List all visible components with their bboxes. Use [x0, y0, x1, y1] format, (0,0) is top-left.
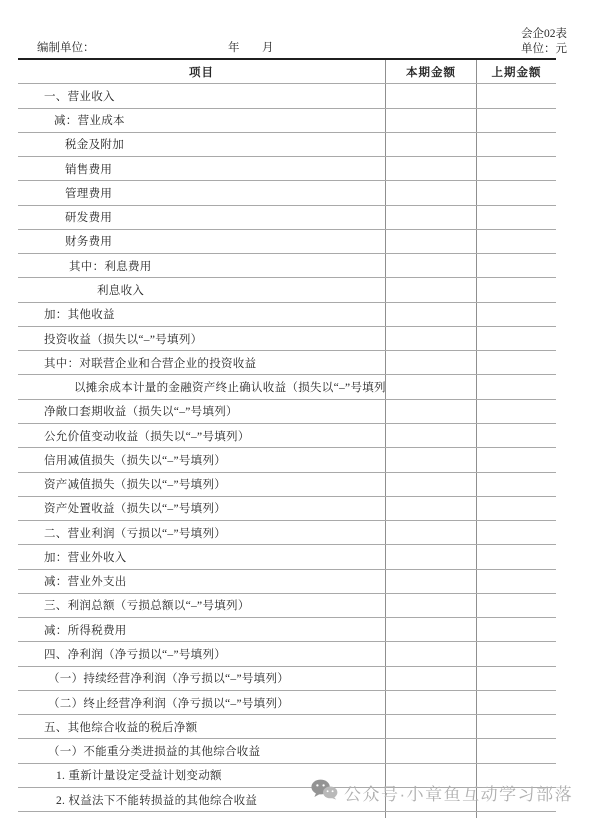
- row-current-amount-cell: [385, 351, 476, 374]
- income-statement-form-page: 会企02表 编制单位： 年 月 单位：元 项目 本期金额 上期金额 一、营业收入…: [0, 0, 589, 818]
- table-row: 资产减值损失（损失以“–”号填列）: [18, 473, 556, 497]
- income-statement-table: 项目 本期金额 上期金额 一、营业收入减：营业成本税金及附加销售费用管理费用研发…: [18, 58, 556, 818]
- row-prior-amount-cell: [476, 715, 556, 738]
- table-row: 销售费用: [18, 157, 556, 181]
- table-row: 其中：利息费用: [18, 254, 556, 278]
- row-prior-amount-cell: [476, 739, 556, 762]
- table-row: 利息收入: [18, 278, 556, 302]
- header-item: 项目: [18, 64, 385, 80]
- table-row: 税金及附加: [18, 133, 556, 157]
- table-row: 1. 重新计量设定受益计划变动额: [18, 764, 556, 788]
- row-current-amount-cell: [385, 206, 476, 229]
- row-item-label: 公允价值变动收益（损失以“–”号填列）: [18, 428, 385, 444]
- row-prior-amount-cell: [476, 448, 556, 471]
- unit-label: 单位：元: [521, 40, 567, 56]
- row-current-amount-cell: [385, 570, 476, 593]
- row-prior-amount-cell: [476, 497, 556, 520]
- row-prior-amount-cell: [476, 618, 556, 641]
- row-item-label: 减：营业外支出: [18, 573, 385, 589]
- row-current-amount-cell: [385, 424, 476, 447]
- row-prior-amount-cell: [476, 351, 556, 374]
- table-row: 投资收益（损失以“–”号填列）: [18, 327, 556, 351]
- table-row: 三、利润总额（亏损总额以“–”号填列）: [18, 594, 556, 618]
- table-row: 公允价值变动收益（损失以“–”号填列）: [18, 424, 556, 448]
- row-current-amount-cell: [385, 788, 476, 811]
- row-prior-amount-cell: [476, 545, 556, 568]
- header-prior-amount: 上期金额: [476, 60, 556, 83]
- header-current-amount: 本期金额: [385, 60, 476, 83]
- row-item-label: 加：营业外收入: [18, 549, 385, 565]
- row-prior-amount-cell: [476, 181, 556, 204]
- row-item-label: 1. 重新计量设定受益计划变动额: [18, 767, 385, 783]
- row-prior-amount-cell: [476, 764, 556, 787]
- row-item-label: 减：所得税费用: [18, 622, 385, 638]
- row-prior-amount-cell: [476, 303, 556, 326]
- row-item-label: 管理费用: [18, 185, 385, 201]
- table-row: 减：营业外支出: [18, 570, 556, 594]
- row-current-amount-cell: [385, 521, 476, 544]
- table-row: 净敞口套期收益（损失以“–”号填列）: [18, 400, 556, 424]
- row-item-label: 利息收入: [18, 282, 385, 298]
- row-current-amount-cell: [385, 545, 476, 568]
- row-item-label: 税金及附加: [18, 136, 385, 152]
- row-item-label: 一、营业收入: [18, 88, 385, 104]
- prepared-by-label: 编制单位：: [37, 39, 95, 55]
- table-row: 以摊余成本计量的金融资产终止确认收益（损失以“–”号填列）: [18, 375, 556, 399]
- row-prior-amount-cell: [476, 84, 556, 107]
- row-current-amount-cell: [385, 642, 476, 665]
- row-item-label: 以摊余成本计量的金融资产终止确认收益（损失以“–”号填列）: [18, 379, 385, 395]
- row-current-amount-cell: [385, 739, 476, 762]
- row-current-amount-cell: [385, 618, 476, 641]
- row-current-amount-cell: [385, 327, 476, 350]
- row-prior-amount-cell: [476, 157, 556, 180]
- table-row: 一、营业收入: [18, 84, 556, 108]
- row-current-amount-cell: [385, 691, 476, 714]
- row-prior-amount-cell: [476, 570, 556, 593]
- table-row: 研发费用: [18, 206, 556, 230]
- table-row: 四、净利润（净亏损以“–”号填列）: [18, 642, 556, 666]
- table-row: （一）持续经营净利润（净亏损以“–”号填列）: [18, 667, 556, 691]
- row-item-label: （一）持续经营净利润（净亏损以“–”号填列）: [18, 670, 385, 686]
- row-prior-amount-cell: [476, 691, 556, 714]
- row-prior-amount-cell: [476, 278, 556, 301]
- row-prior-amount-cell: [476, 254, 556, 277]
- row-item-label: 研发费用: [18, 209, 385, 225]
- row-current-amount-cell: [385, 181, 476, 204]
- table-row: （二）终止经营净利润（净亏损以“–”号填列）: [18, 691, 556, 715]
- table-row: 二、营业利润（亏损以“–”号填列）: [18, 521, 556, 545]
- table-row: 财务费用: [18, 230, 556, 254]
- date-year-label: 年: [228, 39, 240, 55]
- row-current-amount-cell: [385, 667, 476, 690]
- table-row: 管理费用: [18, 181, 556, 205]
- table-row: 五、其他综合收益的税后净额: [18, 715, 556, 739]
- table-row: （一）不能重分类进损益的其他综合收益: [18, 739, 556, 763]
- table-row: 其中：对联营企业和合营企业的投资收益: [18, 351, 556, 375]
- row-item-label: （二）终止经营净利润（净亏损以“–”号填列）: [18, 695, 385, 711]
- table-row: 2. 权益法下不能转损益的其他综合收益: [18, 788, 556, 812]
- row-item-label: 财务费用: [18, 233, 385, 249]
- date-month-label: 月: [262, 39, 274, 55]
- row-prior-amount-cell: [476, 230, 556, 253]
- row-prior-amount-cell: [476, 788, 556, 811]
- row-prior-amount-cell: [476, 206, 556, 229]
- row-item-label: 其中：对联营企业和合营企业的投资收益: [18, 355, 385, 371]
- row-current-amount-cell: [385, 84, 476, 107]
- row-current-amount-cell: [385, 230, 476, 253]
- row-prior-amount-cell: [476, 327, 556, 350]
- row-prior-amount-cell: [476, 594, 556, 617]
- row-prior-amount-cell: [476, 667, 556, 690]
- row-item-label: 销售费用: [18, 161, 385, 177]
- row-prior-amount-cell: [476, 473, 556, 496]
- row-current-amount-cell: [385, 157, 476, 180]
- table-row: 信用减值损失（损失以“–”号填列）: [18, 448, 556, 472]
- row-item-label: 信用减值损失（损失以“–”号填列）: [18, 452, 385, 468]
- form-code: 会企02表: [521, 25, 567, 41]
- row-current-amount-cell: [385, 375, 476, 398]
- row-prior-amount-cell: [476, 109, 556, 132]
- row-item-label: 资产减值损失（损失以“–”号填列）: [18, 476, 385, 492]
- row-prior-amount-cell: [476, 521, 556, 544]
- row-prior-amount-cell: [476, 133, 556, 156]
- row-item-label: 二、营业利润（亏损以“–”号填列）: [18, 525, 385, 541]
- table-row: 资产处置收益（损失以“–”号填列）: [18, 497, 556, 521]
- row-current-amount-cell: [385, 400, 476, 423]
- row-prior-amount-cell: [476, 400, 556, 423]
- row-current-amount-cell: [385, 497, 476, 520]
- row-current-amount-cell: [385, 303, 476, 326]
- table-row: 加：其他收益: [18, 303, 556, 327]
- row-item-label: 净敞口套期收益（损失以“–”号填列）: [18, 403, 385, 419]
- row-current-amount-cell: [385, 715, 476, 738]
- row-item-label: （一）不能重分类进损益的其他综合收益: [18, 743, 385, 759]
- table-body: 一、营业收入减：营业成本税金及附加销售费用管理费用研发费用财务费用其中：利息费用…: [18, 84, 556, 812]
- row-item-label: 减：营业成本: [18, 112, 385, 128]
- row-prior-amount-cell: [476, 424, 556, 447]
- row-item-label: 2. 权益法下不能转损益的其他综合收益: [18, 792, 385, 808]
- row-current-amount-cell: [385, 594, 476, 617]
- row-item-label: 投资收益（损失以“–”号填列）: [18, 331, 385, 347]
- row-item-label: 五、其他综合收益的税后净额: [18, 719, 385, 735]
- row-prior-amount-cell: [476, 642, 556, 665]
- table-row: 减：营业成本: [18, 109, 556, 133]
- table-row: 加：营业外收入: [18, 545, 556, 569]
- row-item-label: 三、利润总额（亏损总额以“–”号填列）: [18, 597, 385, 613]
- table-row: 减：所得税费用: [18, 618, 556, 642]
- row-item-label: 加：其他收益: [18, 306, 385, 322]
- row-current-amount-cell: [385, 109, 476, 132]
- row-item-label: 资产处置收益（损失以“–”号填列）: [18, 500, 385, 516]
- row-item-label: 其中：利息费用: [18, 258, 385, 274]
- row-prior-amount-cell: [476, 375, 556, 398]
- row-current-amount-cell: [385, 448, 476, 471]
- row-item-label: 四、净利润（净亏损以“–”号填列）: [18, 646, 385, 662]
- table-bottom-stub-row: [18, 812, 556, 818]
- row-current-amount-cell: [385, 764, 476, 787]
- row-current-amount-cell: [385, 473, 476, 496]
- table-header-row: 项目 本期金额 上期金额: [18, 60, 556, 84]
- row-current-amount-cell: [385, 133, 476, 156]
- row-current-amount-cell: [385, 254, 476, 277]
- row-current-amount-cell: [385, 278, 476, 301]
